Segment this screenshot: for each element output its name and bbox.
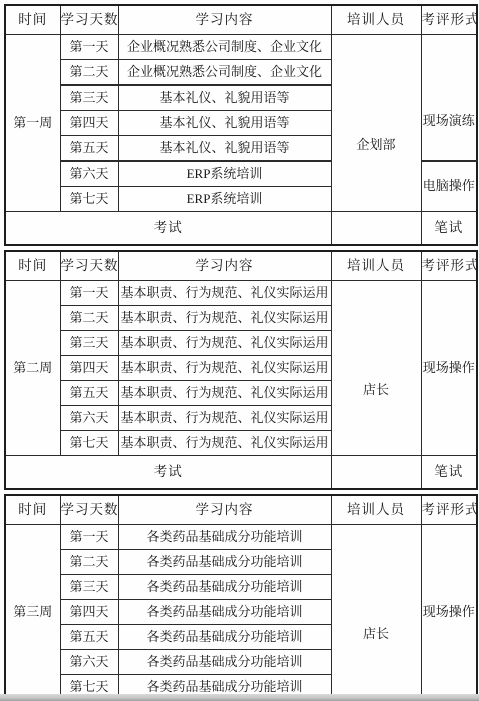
day-label: 第七天 <box>60 431 118 456</box>
content-cell: ERP系统培训 <box>118 161 331 187</box>
content-cell: 企业概况熟悉公司制度、企业文化 <box>118 35 331 60</box>
week-label: 第一周 <box>5 35 60 212</box>
training-table-week3: 时间 学习天数 学习内容 培训人员 考评形式 第三周 第一天 各类药品基础成分功… <box>4 494 478 701</box>
assessment-cell: 现场操作 <box>421 281 477 456</box>
content-cell: 企业概况熟悉公司制度、企业文化 <box>118 60 331 86</box>
content-cell: 基本职责、行为规范、礼仪实际运用 <box>118 406 331 431</box>
col-header-study-days: 学习天数 <box>60 495 118 525</box>
exam-trainer-empty-cell <box>331 212 421 246</box>
day-label: 第一天 <box>60 35 118 60</box>
day-label: 第五天 <box>60 136 118 162</box>
day-label: 第五天 <box>60 625 118 650</box>
content-cell: 基本职责、行为规范、礼仪实际运用 <box>118 381 331 406</box>
exam-form-cell: 笔试 <box>421 456 477 490</box>
day-label: 第二天 <box>60 60 118 86</box>
trainer-cell: 店长 <box>331 525 421 701</box>
assessment-cell: 现场操作 <box>421 525 477 701</box>
content-cell: 各类药品基础成分功能培训 <box>118 650 331 675</box>
day-label: 第三天 <box>60 575 118 600</box>
col-header-assessment-form: 考评形式 <box>421 495 477 525</box>
trainer-cell: 店长 <box>331 281 421 456</box>
content-cell: 基本职责、行为规范、礼仪实际运用 <box>118 431 331 456</box>
day-label: 第六天 <box>60 406 118 431</box>
exam-trainer-empty-cell <box>331 456 421 490</box>
trainer-cell: 企划部 <box>331 35 421 212</box>
content-cell: 各类药品基础成分功能培训 <box>118 525 331 550</box>
content-cell: 基本礼仪、礼貌用语等 <box>118 85 331 111</box>
day-label: 第一天 <box>60 525 118 550</box>
day-label: 第三天 <box>60 331 118 356</box>
content-cell: 基本职责、行为规范、礼仪实际运用 <box>118 331 331 356</box>
col-header-study-days: 学习天数 <box>60 251 118 281</box>
col-header-study-days: 学习天数 <box>60 5 118 35</box>
col-header-trainer: 培训人员 <box>331 5 421 35</box>
day-label: 第三天 <box>60 85 118 111</box>
week-label: 第二周 <box>5 281 60 456</box>
exam-row: 考试 笔试 <box>5 212 477 246</box>
col-header-trainer: 培训人员 <box>331 495 421 525</box>
col-header-assessment-form: 考评形式 <box>421 251 477 281</box>
header-row: 时间 学习天数 学习内容 培训人员 考评形式 <box>5 495 477 525</box>
col-header-study-content: 学习内容 <box>118 5 331 35</box>
table-row: 第二周 第一天 基本职责、行为规范、礼仪实际运用 店长 现场操作 <box>5 281 477 306</box>
day-label: 第二天 <box>60 306 118 331</box>
col-header-study-content: 学习内容 <box>118 251 331 281</box>
exam-form-cell: 笔试 <box>421 212 477 246</box>
content-cell: 基本礼仪、礼貌用语等 <box>118 136 331 162</box>
table-row: 第一周 第一天 企业概况熟悉公司制度、企业文化 企划部 现场演练 <box>5 35 477 60</box>
header-row: 时间 学习天数 学习内容 培训人员 考评形式 <box>5 5 477 35</box>
content-cell: 基本礼仪、礼貌用语等 <box>118 111 331 136</box>
day-label: 第四天 <box>60 111 118 136</box>
document-page: 时间 学习天数 学习内容 培训人员 考评形式 第一周 第一天 企业概况熟悉公司制… <box>0 0 479 701</box>
table-row: 第三周 第一天 各类药品基础成分功能培训 店长 现场操作 <box>5 525 477 550</box>
page-edge-shadow <box>0 694 479 701</box>
col-header-time: 时间 <box>5 251 60 281</box>
col-header-study-content: 学习内容 <box>118 495 331 525</box>
day-label: 第六天 <box>60 161 118 187</box>
day-label: 第四天 <box>60 356 118 381</box>
exam-label-cell: 考试 <box>5 212 331 246</box>
content-cell: 各类药品基础成分功能培训 <box>118 575 331 600</box>
content-cell: 基本职责、行为规范、礼仪实际运用 <box>118 356 331 381</box>
day-label: 第七天 <box>60 187 118 212</box>
content-cell: 各类药品基础成分功能培训 <box>118 600 331 625</box>
content-cell: 各类药品基础成分功能培训 <box>118 550 331 575</box>
assessment-cell: 电脑操作 <box>421 161 477 212</box>
col-header-time: 时间 <box>5 495 60 525</box>
col-header-time: 时间 <box>5 5 60 35</box>
exam-label-cell: 考试 <box>5 456 331 490</box>
exam-row: 考试 笔试 <box>5 456 477 490</box>
assessment-cell: 现场演练 <box>421 35 477 162</box>
col-header-assessment-form: 考评形式 <box>421 5 477 35</box>
day-label: 第六天 <box>60 650 118 675</box>
day-label: 第一天 <box>60 281 118 306</box>
content-cell: 基本职责、行为规范、礼仪实际运用 <box>118 306 331 331</box>
content-cell: ERP系统培训 <box>118 187 331 212</box>
header-row: 时间 学习天数 学习内容 培训人员 考评形式 <box>5 251 477 281</box>
content-cell: 基本职责、行为规范、礼仪实际运用 <box>118 281 331 306</box>
day-label: 第四天 <box>60 600 118 625</box>
day-label: 第二天 <box>60 550 118 575</box>
content-cell: 各类药品基础成分功能培训 <box>118 625 331 650</box>
training-table-week1: 时间 学习天数 学习内容 培训人员 考评形式 第一周 第一天 企业概况熟悉公司制… <box>4 4 478 246</box>
col-header-trainer: 培训人员 <box>331 251 421 281</box>
training-table-week2: 时间 学习天数 学习内容 培训人员 考评形式 第二周 第一天 基本职责、行为规范… <box>4 250 478 490</box>
day-label: 第五天 <box>60 381 118 406</box>
week-label: 第三周 <box>5 525 60 701</box>
